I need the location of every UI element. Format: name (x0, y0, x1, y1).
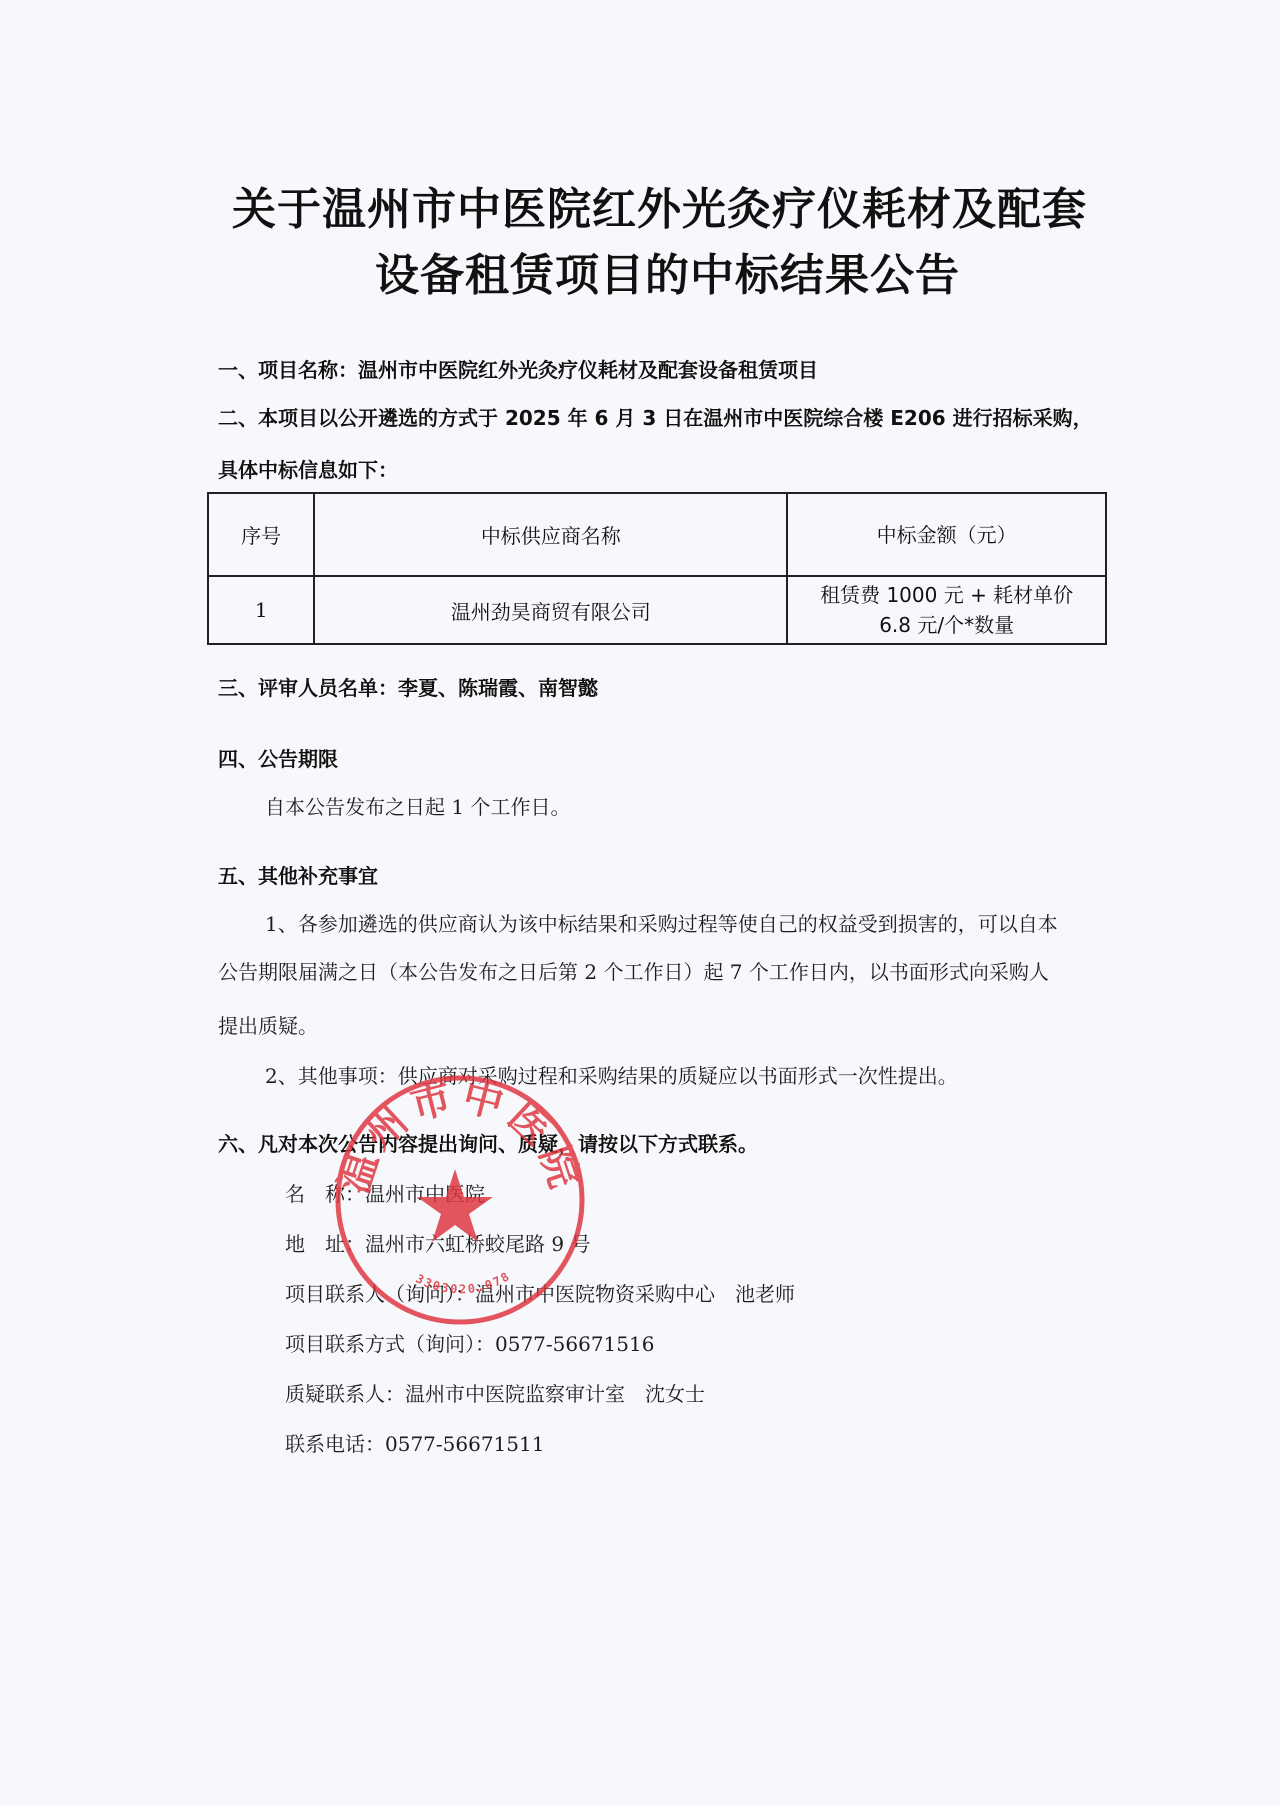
cell-amount: 租赁费 1000 元 + 耗材单价 6.8 元/个*数量 (787, 576, 1106, 644)
amount-line-2: 6.8 元/个*数量 (794, 610, 1099, 640)
header-amount: 中标金额（元） (787, 493, 1106, 576)
section-1-value: 温州市中医院红外光灸疗仪耗材及配套设备租赁项目 (358, 358, 818, 382)
cell-index: 1 (208, 576, 314, 644)
bid-result-table: 序号 中标供应商名称 中标金额（元） 1 温州劲昊商贸有限公司 租赁费 1000… (207, 492, 1107, 645)
section-6-heading: 六、凡对本次公告内容提出询问、质疑，请按以下方式联系。 (218, 1130, 758, 1158)
section-5-item-1-line-3: 提出质疑。 (218, 1012, 318, 1040)
amount-line-1: 租赁费 1000 元 + 耗材单价 (794, 580, 1099, 610)
table-row: 1 温州劲昊商贸有限公司 租赁费 1000 元 + 耗材单价 6.8 元/个*数… (208, 576, 1106, 644)
section-5-heading: 五、其他补充事宜 (218, 862, 378, 890)
table-header-row: 序号 中标供应商名称 中标金额（元） (208, 493, 1106, 576)
contact-name: 名 称：温州市中医院 (285, 1180, 485, 1208)
section-5-item-1-line-1: 1、各参加遴选的供应商认为该中标结果和采购过程等使自己的权益受到损害的，可以自本 (265, 910, 1058, 938)
section-4-heading: 四、公告期限 (218, 745, 338, 773)
contact-address: 地 址：温州市六虹桥蛟尾路 9 号 (285, 1230, 590, 1258)
section-1-project-name: 一、项目名称：温州市中医院红外光灸疗仪耗材及配套设备租赁项目 (218, 356, 818, 384)
section-2-line-2: 具体中标信息如下： (218, 456, 398, 484)
section-4-body: 自本公告发布之日起 1 个工作日。 (265, 793, 570, 821)
section-1-label: 一、项目名称： (218, 358, 358, 382)
section-5-item-1-line-2: 公告期限届满之日（本公告发布之日后第 2 个工作日）起 7 个工作日内，以书面形… (218, 958, 1049, 986)
header-index: 序号 (208, 493, 314, 576)
contact-project-person: 项目联系人（询问）：温州市中医院物资采购中心 池老师 (285, 1280, 795, 1308)
contact-complaint-person: 质疑联系人：温州市中医院监察审计室 沈女士 (285, 1380, 705, 1408)
document-title-line-1: 关于温州市中医院红外光灸疗仪耗材及配套 (232, 184, 1087, 236)
section-5-item-2: 2、其他事项：供应商对采购过程和采购结果的质疑应以书面形式一次性提出。 (265, 1062, 958, 1090)
section-3-label: 三、评审人员名单： (218, 676, 398, 700)
contact-complaint-phone: 联系电话：0577-56671511 (285, 1430, 544, 1458)
document-title-line-2: 设备租赁项目的中标结果公告 (375, 250, 960, 302)
announcement-page: 关于温州市中医院红外光灸疗仪耗材及配套 设备租赁项目的中标结果公告 一、项目名称… (0, 0, 1280, 1806)
cell-supplier: 温州劲昊商贸有限公司 (314, 576, 787, 644)
section-2-line-1: 二、本项目以公开遴选的方式于 2025 年 6 月 3 日在温州市中医院综合楼 … (218, 404, 1093, 432)
section-3-value: 李夏、陈瑞霞、南智懿 (398, 676, 598, 700)
header-supplier: 中标供应商名称 (314, 493, 787, 576)
section-3-reviewers: 三、评审人员名单：李夏、陈瑞霞、南智懿 (218, 674, 598, 702)
contact-project-phone: 项目联系方式（询问）：0577-56671516 (285, 1330, 654, 1358)
